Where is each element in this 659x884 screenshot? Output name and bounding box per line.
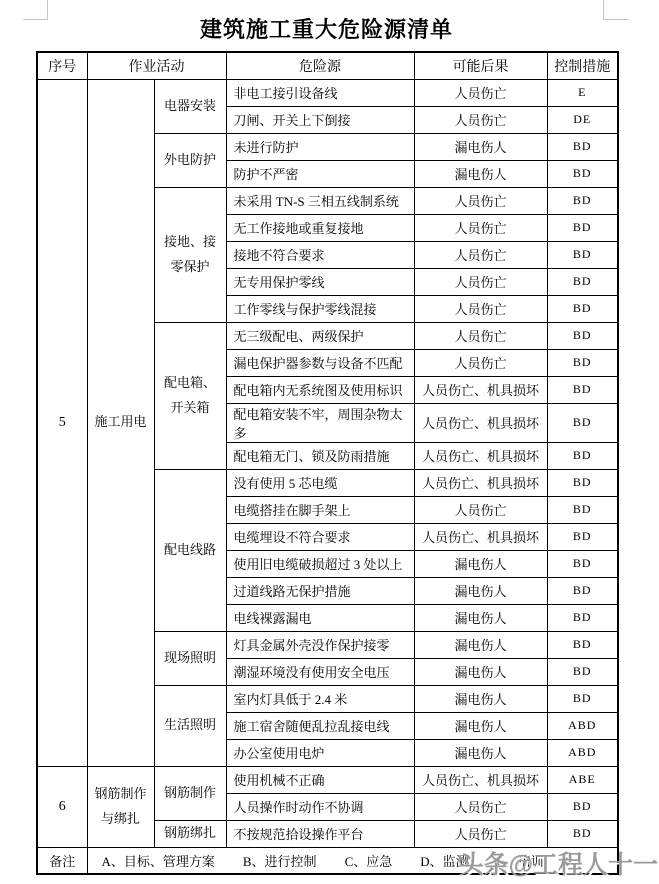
control-cell: BD: [547, 241, 618, 268]
header-row: 序号作业活动危险源可能后果控制措施: [37, 52, 618, 79]
consequence-cell: 漏电伤人: [414, 133, 547, 160]
serial-cell: 6: [37, 766, 87, 847]
legend-item: A、目标、管理方案: [102, 854, 215, 869]
legend-item: C、应急: [345, 854, 393, 869]
control-cell: BD: [547, 376, 618, 403]
hazard-cell: 没有使用 5 芯电缆: [226, 469, 414, 496]
hazard-cell: 使用机械不正确: [226, 766, 414, 793]
control-cell: BD: [547, 658, 618, 685]
hazard-cell: 非电工接引设备线: [226, 79, 414, 106]
control-cell: BD: [547, 403, 618, 442]
control-cell: BD: [547, 550, 618, 577]
control-cell: BD: [547, 496, 618, 523]
hazard-cell: 配电箱内无系统图及使用标识: [226, 376, 414, 403]
group-cell: 现场照明: [154, 631, 226, 685]
control-cell: ABE: [547, 766, 618, 793]
control-cell: BD: [547, 214, 618, 241]
hazard-table: 序号作业活动危险源可能后果控制措施 5施工用电电器安装非电工接引设备线人员伤亡E…: [36, 51, 619, 875]
table-row: 5施工用电电器安装非电工接引设备线人员伤亡E: [37, 79, 618, 106]
control-cell: BD: [547, 442, 618, 469]
hazard-cell: 工作零线与保护零线混接: [226, 295, 414, 322]
group-cell: 配电线路: [154, 469, 226, 631]
consequence-cell: 漏电伤人: [414, 712, 547, 739]
control-cell: BD: [547, 793, 618, 820]
group-cell: 接地、接 零保护: [154, 187, 226, 322]
hazard-cell: 人员操作时动作不协调: [226, 793, 414, 820]
control-cell: DE: [547, 106, 618, 133]
consequence-cell: 漏电伤人: [414, 577, 547, 604]
hazard-cell: 接地不符合要求: [226, 241, 414, 268]
control-cell: ABD: [547, 712, 618, 739]
consequence-cell: 人员伤亡、机具损坏: [414, 766, 547, 793]
hazard-cell: 漏电保护器参数与设备不匹配: [226, 349, 414, 376]
footer-label-cell: 备注: [37, 847, 87, 874]
control-cell: BD: [547, 820, 618, 847]
consequence-cell: 漏电伤人: [414, 739, 547, 766]
column-header: 序号: [37, 52, 87, 79]
hazard-cell: 使用旧电缆破损超过 3 处以上: [226, 550, 414, 577]
control-cell: BD: [547, 160, 618, 187]
hazard-cell: 刀闸、开关上下倒接: [226, 106, 414, 133]
consequence-cell: 漏电伤人: [414, 685, 547, 712]
control-cell: BD: [547, 295, 618, 322]
control-cell: BD: [547, 577, 618, 604]
control-cell: ABD: [547, 739, 618, 766]
control-cell: BD: [547, 523, 618, 550]
consequence-cell: 漏电伤人: [414, 160, 547, 187]
consequence-cell: 人员伤亡: [414, 79, 547, 106]
page-title: 建筑施工重大危险源清单: [36, 13, 617, 44]
consequence-cell: 人员伤亡: [414, 349, 547, 376]
hazard-cell: 电缆埋设不符合要求: [226, 523, 414, 550]
consequence-cell: 人员伤亡: [414, 268, 547, 295]
consequence-cell: 人员伤亡、机具损坏: [414, 523, 547, 550]
hazard-cell: 施工宿舍随便乱拉乱接电线: [226, 712, 414, 739]
consequence-cell: 人员伤亡: [414, 793, 547, 820]
consequence-cell: 人员伤亡: [414, 187, 547, 214]
consequence-cell: 人员伤亡: [414, 214, 547, 241]
hazard-cell: 过道线路无保护措施: [226, 577, 414, 604]
consequence-cell: 漏电伤人: [414, 631, 547, 658]
consequence-cell: 漏电伤人: [414, 550, 547, 577]
hazard-cell: 灯具金属外壳没作保护接零: [226, 631, 414, 658]
control-cell: BD: [547, 604, 618, 631]
control-cell: BD: [547, 322, 618, 349]
group-cell: 电器安装: [154, 79, 226, 133]
hazard-cell: 未进行防护: [226, 133, 414, 160]
consequence-cell: 人员伤亡: [414, 106, 547, 133]
table-header: 序号作业活动危险源可能后果控制措施: [37, 52, 618, 79]
hazard-cell: 电缆搭挂在脚手架上: [226, 496, 414, 523]
column-header: 可能后果: [414, 52, 547, 79]
hazard-cell: 无工作接地或重复接地: [226, 214, 414, 241]
hazard-cell: 电线裸露漏电: [226, 604, 414, 631]
consequence-cell: 漏电伤人: [414, 604, 547, 631]
consequence-cell: 人员伤亡: [414, 820, 547, 847]
control-cell: BD: [547, 349, 618, 376]
consequence-cell: 人员伤亡、机具损坏: [414, 442, 547, 469]
table-row: 6钢筋制作 与绑扎钢筋制作使用机械不正确人员伤亡、机具损坏ABE: [37, 766, 618, 793]
hazard-cell: 办公室使用电炉: [226, 739, 414, 766]
hazard-cell: 防护不严密: [226, 160, 414, 187]
group-cell: 生活照明: [154, 685, 226, 766]
column-header: 控制措施: [547, 52, 618, 79]
hazard-cell: 未采用 TN-S 三相五线制系统: [226, 187, 414, 214]
group-cell: 配电箱、 开关箱: [154, 322, 226, 469]
watermark: 头条@工程人十一: [459, 845, 658, 881]
document-page: 建筑施工重大危险源清单 序号作业活动危险源可能后果控制措施 5施工用电电器安装非…: [0, 0, 659, 884]
hazard-cell: 潮湿环境没有使用安全电压: [226, 658, 414, 685]
control-cell: BD: [547, 631, 618, 658]
table-body: 5施工用电电器安装非电工接引设备线人员伤亡E刀闸、开关上下倒接人员伤亡DE外电防…: [37, 79, 618, 874]
hazard-cell: 配电箱安装不牢，周围杂物太多: [226, 403, 414, 442]
column-header: 危险源: [226, 52, 414, 79]
consequence-cell: 人员伤亡、机具损坏: [414, 469, 547, 496]
hazard-cell: 配电箱无门、锁及防雨措施: [226, 442, 414, 469]
column-header: 作业活动: [87, 52, 226, 79]
activity-cell: 钢筋制作 与绑扎: [87, 766, 154, 847]
control-cell: BD: [547, 469, 618, 496]
hazard-cell: 无三级配电、两级保护: [226, 322, 414, 349]
group-cell: 钢筋制作: [154, 766, 226, 820]
serial-cell: 5: [37, 79, 87, 766]
consequence-cell: 人员伤亡、机具损坏: [414, 403, 547, 442]
consequence-cell: 人员伤亡: [414, 295, 547, 322]
consequence-cell: 人员伤亡: [414, 322, 547, 349]
hazard-cell: 不按规范拾设操作平台: [226, 820, 414, 847]
group-cell: 钢筋绑扎: [154, 820, 226, 847]
consequence-cell: 人员伤亡、机具损坏: [414, 376, 547, 403]
hazard-cell: 室内灯具低于 2.4 米: [226, 685, 414, 712]
control-cell: BD: [547, 187, 618, 214]
activity-cell: 施工用电: [87, 79, 154, 766]
hazard-cell: 无专用保护零线: [226, 268, 414, 295]
consequence-cell: 漏电伤人: [414, 658, 547, 685]
control-cell: BD: [547, 685, 618, 712]
control-cell: E: [547, 79, 618, 106]
control-cell: BD: [547, 133, 618, 160]
consequence-cell: 人员伤亡: [414, 496, 547, 523]
control-cell: BD: [547, 268, 618, 295]
legend-item: B、进行控制: [243, 854, 317, 869]
group-cell: 外电防护: [154, 133, 226, 187]
consequence-cell: 人员伤亡: [414, 241, 547, 268]
